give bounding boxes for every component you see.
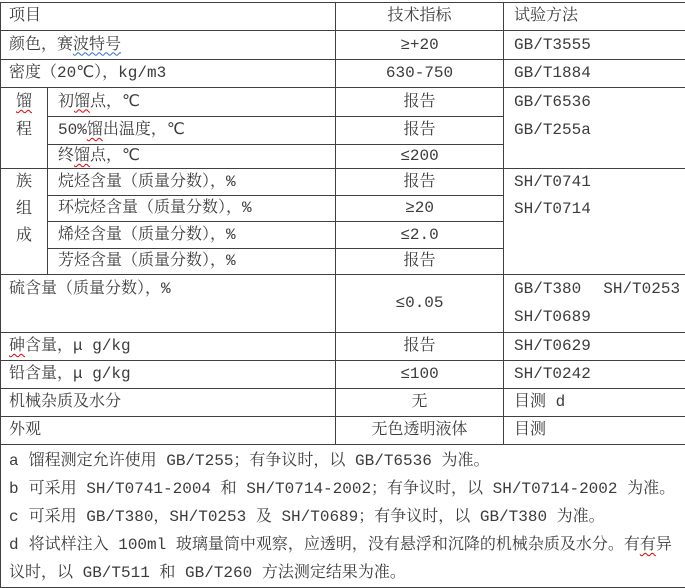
spec-cell: 无色透明液体 — [336, 417, 504, 445]
spec-cell: 报告 — [336, 88, 504, 117]
spec-cell: ≤100 — [336, 361, 504, 389]
item-cell-lead: 铅含量，μ g/kg — [1, 361, 336, 389]
footnote-a: a馏程测定允许使用 GB/T255；有争议时，以 GB/T6536 为准。 — [9, 447, 677, 475]
method-cell: SH/T0242 — [504, 361, 685, 389]
item-cell-appearance: 外观 — [1, 417, 336, 445]
item-cell-cycloalkanes: 环烷烃含量（质量分数），% — [48, 196, 336, 222]
spec-cell: 报告 — [336, 333, 504, 361]
group-label-text: 组 — [1, 196, 47, 223]
table-row-arsenic: 砷含量，μ g/kg 报告 SH/T0629 — [1, 333, 685, 361]
spec-cell: 报告 — [336, 117, 504, 145]
footnote-text: 馏程测定允许使用 GB/T255；有争议时，以 GB/T6536 为准。 — [29, 452, 490, 470]
table-row-sulfur: 硫含量（质量分数），% ≤0.05 GB/T380SH/T0253 SH/T06… — [1, 275, 685, 333]
spell-marked-text: 馏 — [87, 121, 103, 139]
group-label-distillation: 馏 程 — [1, 88, 48, 169]
footnote-text: 将试样注入 100ml 玻璃量筒中观察，应透明，没有悬浮和沉降的机械杂质及水分。… — [29, 536, 640, 554]
group-label-text: 族 — [1, 169, 47, 196]
item-cell-sulfur: 硫含量（质量分数），% — [1, 275, 336, 333]
footnote-label: c — [9, 508, 19, 526]
footnote-c: c可采用 GB/T380，SH/T0253 及 SH/T0689；有争议时，以 … — [9, 503, 677, 531]
spec-cell: ≥+20 — [336, 31, 504, 60]
method-cell-distillation: GB/T6536 GB/T255a — [504, 88, 685, 169]
method-line: GB/T380 — [514, 280, 581, 298]
method-cell-sulfur: GB/T380SH/T0253 SH/T0689 — [504, 275, 685, 333]
item-cell-color: 颜色，赛波特号 — [1, 31, 336, 60]
header-item: 项目 — [1, 3, 336, 31]
footnote-d: d将试样注入 100ml 玻璃量筒中观察，应透明，没有悬浮和沉降的机械杂质及水分… — [9, 531, 677, 587]
spell-marked-text: 馏 — [74, 93, 90, 111]
footnote-text: 可采用 GB/T380，SH/T0253 及 SH/T0689；有争议时，以 G… — [29, 508, 605, 526]
item-cell-alkanes: 烷烃含量（质量分数），% — [48, 169, 336, 196]
spec-cell: ≤200 — [336, 145, 504, 169]
table-row-mechanical: 机械杂质及水分 无 目测 d — [1, 389, 685, 417]
method-cell: 目测 d — [504, 389, 685, 417]
spec-cell: 报告 — [336, 169, 504, 196]
footnote-label: b — [9, 480, 19, 498]
item-cell-aromatics: 芳烃含量（质量分数），% — [48, 249, 336, 275]
table-row-appearance: 外观 无色透明液体 目测 — [1, 417, 685, 445]
table-row-color: 颜色，赛波特号 ≥+20 GB/T3555 — [1, 31, 685, 60]
method-cell: GB/T1884 — [504, 60, 685, 88]
table-row-composition-1: 族 组 成 烷烃含量（质量分数），% 报告 SH/T0741 SH/T0714 — [1, 169, 685, 196]
method-line: GB/T6536 — [514, 88, 685, 116]
footnote-b: b可采用 SH/T0741-2004 和 SH/T0714-2002；有争议时，… — [9, 475, 677, 503]
table-row-distillation-1: 馏 程 初馏点，℃ 报告 GB/T6536 GB/T255a — [1, 88, 685, 117]
footnote-text: 可采用 SH/T0741-2004 和 SH/T0714-2002；有争议时，以… — [29, 480, 675, 498]
method-cell: GB/T3555 — [504, 31, 685, 60]
item-cell-final-bp: 终馏点，℃ — [48, 145, 336, 169]
table-header-row: 项目 技术指标 试验方法 — [1, 3, 685, 31]
footnote-label: d — [9, 536, 19, 554]
table-footnotes-row: a馏程测定允许使用 GB/T255；有争议时，以 GB/T6536 为准。 b可… — [1, 445, 685, 588]
method-line: SH/T0689 — [514, 303, 685, 331]
spec-cell: 报告 — [336, 249, 504, 275]
spec-cell: 无 — [336, 389, 504, 417]
header-spec: 技术指标 — [336, 3, 504, 31]
method-cell: 目测 — [504, 417, 685, 445]
spec-cell: ≤0.05 — [336, 275, 504, 333]
spell-marked-text: 有 — [640, 536, 656, 554]
method-cell-composition: SH/T0741 SH/T0714 — [504, 169, 685, 275]
item-cell-50pct: 50%馏出温度，℃ — [48, 117, 336, 145]
table-row-lead: 铅含量，μ g/kg ≤100 SH/T0242 — [1, 361, 685, 389]
method-line: GB/T255a — [514, 116, 685, 144]
item-cell-mechanical: 机械杂质及水分 — [1, 389, 336, 417]
item-cell-density: 密度（20℃），kg/m3 — [1, 60, 336, 88]
item-cell-arsenic: 砷含量，μ g/kg — [1, 333, 336, 361]
item-cell-alkenes: 烯烃含量（质量分数），% — [48, 222, 336, 249]
item-text: 颜色，赛 — [9, 36, 73, 54]
method-cell: SH/T0629 — [504, 333, 685, 361]
spec-table: 项目 技术指标 试验方法 颜色，赛波特号 ≥+20 GB/T3555 密度（20… — [0, 2, 685, 588]
grammar-marked-text: 波特号 — [73, 36, 121, 54]
spell-marked-text: 馏 — [74, 147, 90, 165]
spell-marked-text: 砷 — [9, 337, 25, 355]
group-label-text: 成 — [1, 223, 47, 250]
spec-cell: 630-750 — [336, 60, 504, 88]
spell-marked-text: 馏 — [16, 93, 32, 111]
group-label-text: 程 — [1, 116, 47, 144]
header-method: 试验方法 — [504, 3, 685, 31]
group-label-composition: 族 组 成 — [1, 169, 48, 275]
footnote-label: a — [9, 452, 19, 470]
method-line: SH/T0714 — [514, 196, 685, 223]
item-cell-initial-bp: 初馏点，℃ — [48, 88, 336, 117]
method-line: SH/T0253 — [603, 280, 680, 298]
method-line: SH/T0741 — [514, 169, 685, 196]
footnotes-cell: a馏程测定允许使用 GB/T255；有争议时，以 GB/T6536 为准。 b可… — [1, 445, 685, 588]
spec-cell: ≤2.0 — [336, 222, 504, 249]
spec-cell: ≥20 — [336, 196, 504, 222]
table-row-density: 密度（20℃），kg/m3 630-750 GB/T1884 — [1, 60, 685, 88]
